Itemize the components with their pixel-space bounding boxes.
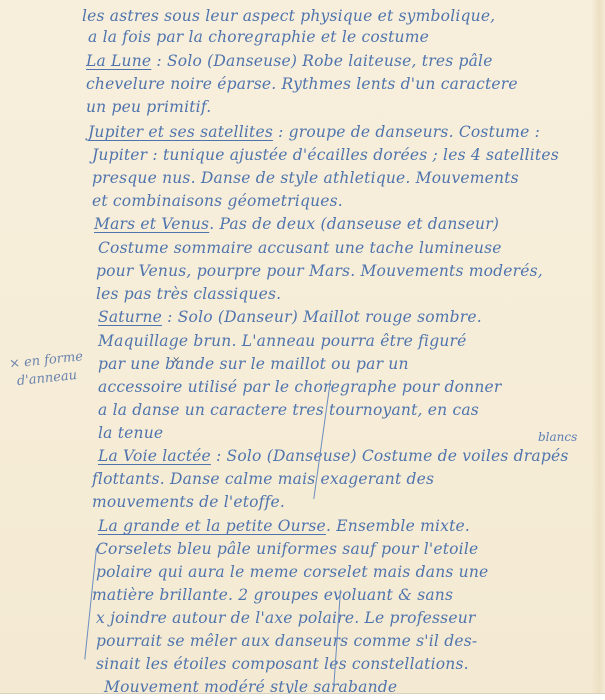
section-heading: La Voie lactée — [98, 447, 211, 465]
line-text: polaire qui aura le meme corselet mais d… — [96, 563, 488, 581]
line-text: les pas très classiques. — [96, 285, 281, 303]
insertion-mark: × — [172, 355, 180, 366]
section-heading: La Lune — [86, 52, 151, 70]
line-text: pourrait se mêler aux danseurs comme s'i… — [96, 632, 477, 650]
page-bottom-edge — [0, 693, 605, 700]
line-text: : Solo (Danseuse) Costume de voiles drap… — [211, 447, 569, 465]
line-text: et combinaisons géometriques. — [92, 192, 343, 210]
line-text: la tenue — [98, 424, 163, 442]
section-heading: Jupiter et ses satellites — [88, 123, 273, 141]
line-text: a la danse un caractere tres tournoyant,… — [98, 401, 479, 419]
manuscript-line: par une bande sur le maillot ou par un — [98, 354, 409, 374]
section-heading: Mars et Venus — [94, 215, 209, 233]
manuscript-line: les astres sous leur aspect physique et … — [82, 6, 495, 26]
line-text: x joindre autour de l'axe polaire. Le pr… — [96, 609, 476, 627]
line-text: . Pas de deux (danseuse et danseur) — [209, 215, 499, 233]
manuscript-line: pour Venus, pourpre pour Mars. Mouvement… — [96, 261, 543, 281]
manuscript-line: Saturne : Solo (Danseur) Maillot rouge s… — [98, 307, 482, 327]
line-text: . Ensemble mixte. — [326, 517, 470, 535]
margin-note: × en forme d'anneau — [8, 348, 85, 392]
manuscript-line: La Voie lactée : Solo (Danseuse) Costume… — [98, 446, 568, 466]
line-text: a la fois par la choregraphie et le cost… — [88, 28, 429, 46]
manuscript-line: Mouvement modéré style sarabande — [104, 677, 397, 693]
line-text: presque nus. Danse de style athletique. … — [92, 169, 519, 187]
line-text: Jupiter : tunique ajustée d'écailles dor… — [92, 146, 559, 164]
manuscript-line: Corselets bleu pâle uniformes sauf pour … — [96, 539, 478, 559]
manuscript-line: matière brillante. 2 groupes evoluant & … — [92, 585, 453, 605]
line-text: Costume sommaire accusant une tache lumi… — [98, 239, 502, 257]
line-text: accessoire utilisé par le choregraphe po… — [98, 378, 502, 396]
line-text: par une bande sur le maillot ou par un — [98, 355, 409, 373]
line-text: matière brillante. 2 groupes evoluant & … — [92, 586, 453, 604]
manuscript-line: Mars et Venus. Pas de deux (danseuse et … — [94, 214, 499, 234]
line-text: sinait les étoiles composant les constel… — [96, 655, 469, 673]
line-text: pour Venus, pourpre pour Mars. Mouvement… — [96, 262, 543, 280]
line-text: un peu primitif. — [86, 98, 211, 116]
manuscript-line: pourrait se mêler aux danseurs comme s'i… — [96, 631, 477, 651]
line-text: Mouvement modéré style sarabande — [104, 678, 397, 693]
manuscript-line: a la fois par la choregraphie et le cost… — [88, 27, 429, 47]
manuscript-line: polaire qui aura le meme corselet mais d… — [96, 562, 488, 582]
manuscript-line: les pas très classiques. — [96, 284, 281, 304]
manuscript-line: La grande et la petite Ourse. Ensemble m… — [98, 516, 470, 536]
manuscript-line: La Lune : Solo (Danseuse) Robe laiteuse,… — [86, 51, 493, 71]
line-text: chevelure noire éparse. Rythmes lents d'… — [86, 75, 518, 93]
manuscript-line: et combinaisons géometriques. — [92, 191, 343, 211]
manuscript-line: x joindre autour de l'axe polaire. Le pr… — [96, 608, 476, 628]
manuscript-line: Maquillage brun. L'anneau pourra être fi… — [98, 331, 467, 351]
manuscript-line: flottants. Danse calme mais exagerant de… — [92, 469, 434, 489]
section-heading: Saturne — [98, 308, 162, 326]
manuscript-line: Jupiter et ses satellites : groupe de da… — [88, 122, 540, 142]
manuscript-line: Costume sommaire accusant une tache lumi… — [98, 238, 502, 258]
line-text: : groupe de danseurs. Costume : — [273, 123, 540, 141]
manuscript-line: mouvements de l'etoffe. — [92, 492, 285, 512]
line-text: Corselets bleu pâle uniformes sauf pour … — [96, 540, 478, 558]
line-text: les astres sous leur aspect physique et … — [82, 7, 495, 25]
manuscript-line: un peu primitif. — [86, 97, 211, 117]
manuscript-line: Jupiter : tunique ajustée d'écailles dor… — [92, 145, 559, 165]
manuscript-line: sinait les étoiles composant les constel… — [96, 654, 469, 674]
line-text: Maquillage brun. L'anneau pourra être fi… — [98, 332, 467, 350]
line-text: flottants. Danse calme mais exagerant de… — [92, 470, 434, 488]
manuscript-line: chevelure noire éparse. Rythmes lents d'… — [86, 74, 518, 94]
interlinear-note: blancs — [538, 430, 577, 444]
manuscript-page: les astres sous leur aspect physique et … — [0, 0, 605, 693]
manuscript-line: accessoire utilisé par le choregraphe po… — [98, 377, 502, 397]
line-text: mouvements de l'etoffe. — [92, 493, 285, 511]
manuscript-line: la tenue — [98, 423, 163, 443]
line-text: : Solo (Danseur) Maillot rouge sombre. — [162, 308, 482, 326]
manuscript-line: presque nus. Danse de style athletique. … — [92, 168, 519, 188]
manuscript-line: a la danse un caractere tres tournoyant,… — [98, 400, 479, 420]
line-text: : Solo (Danseuse) Robe laiteuse, tres pâ… — [151, 52, 492, 70]
section-heading: La grande et la petite Ourse — [98, 517, 326, 535]
